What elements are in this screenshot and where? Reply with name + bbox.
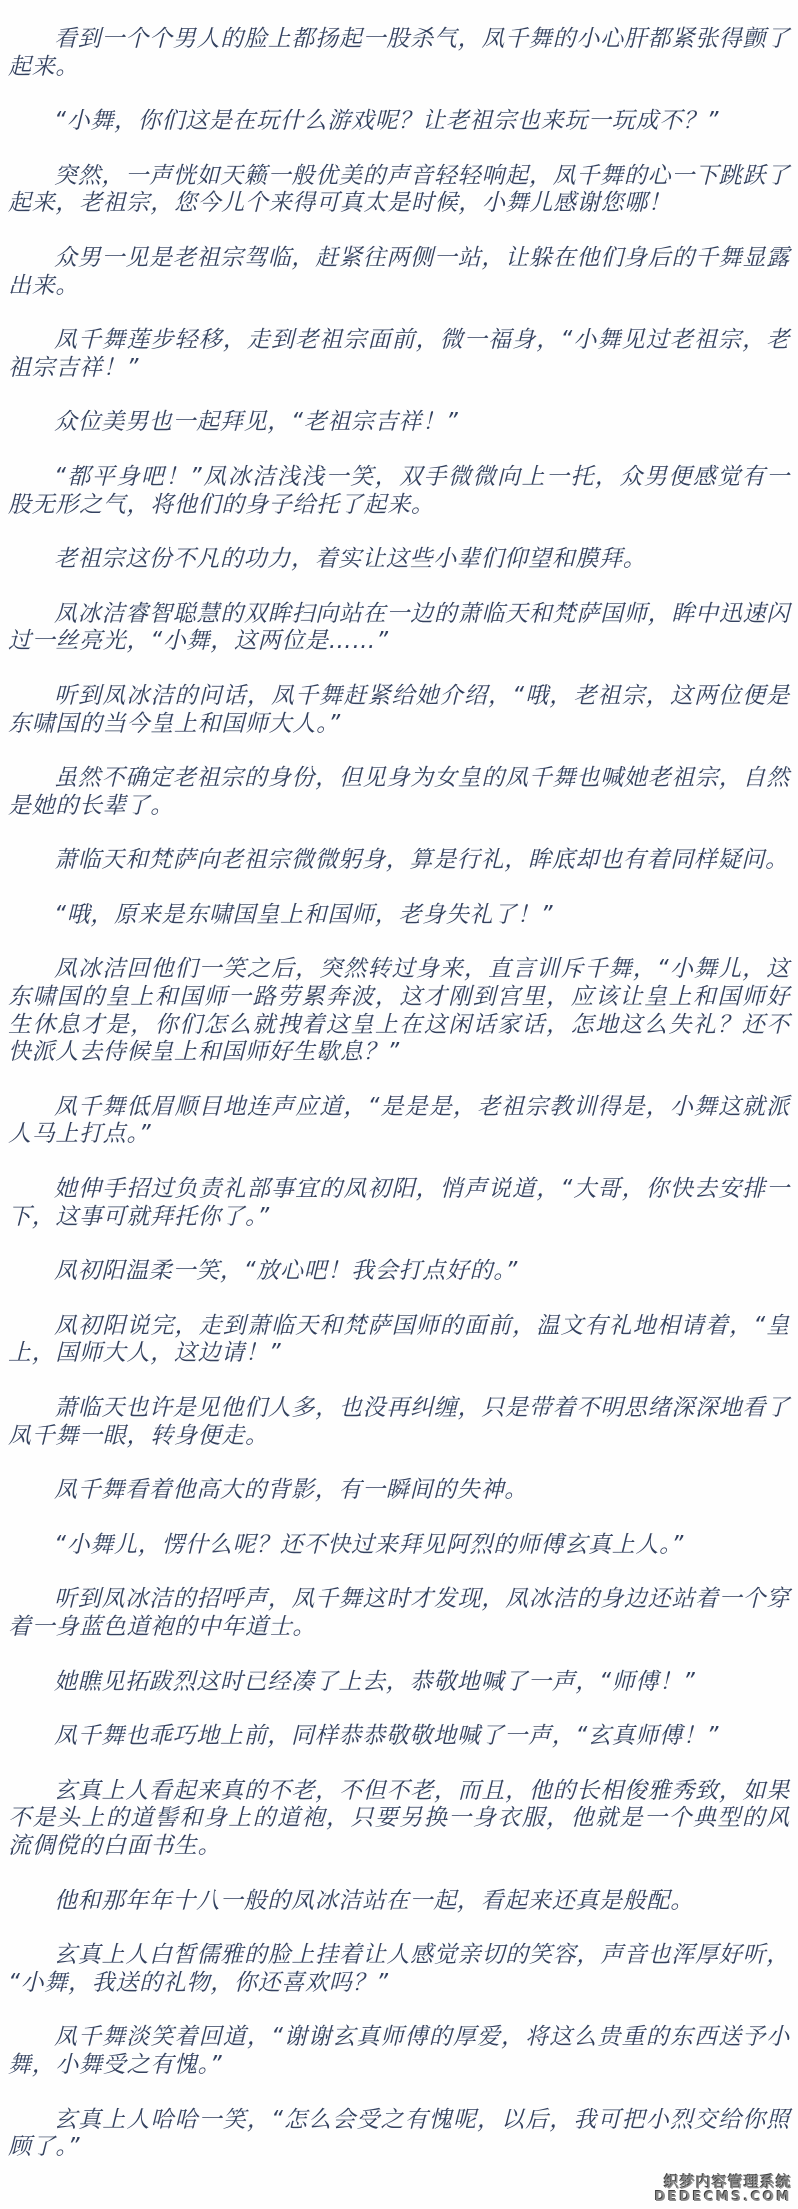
- watermark: 织梦内容管理系统 DEDECMS.COM: [655, 2174, 792, 2205]
- watermark-domain: DEDECMS.COM: [655, 2191, 792, 2205]
- novel-paragraph: 萧临天和梵萨向老祖宗微微躬身，算是行礼，眸底却也有着同样疑问。: [8, 847, 790, 875]
- novel-paragraph: 她伸手招过负责礼部事宜的凤初阳，悄声说道，“大哥，你快去安排一下，这事可就拜托你…: [8, 1176, 790, 1231]
- novel-paragraph: 虽然不确定老祖宗的身份，但见身为女皇的凤千舞也喊她老祖宗，自然是她的长辈了。: [8, 765, 790, 820]
- novel-paragraph: 听到凤冰洁的招呼声，凤千舞这时才发现，凤冰洁的身边还站着一个穿着一身蓝色道袍的中…: [8, 1586, 790, 1641]
- novel-paragraph: “都平身吧！”凤冰洁浅浅一笑，双手微微向上一托，众男便感觉有一股无形之气，将他们…: [8, 464, 790, 519]
- novel-paragraph: 凤千舞看着他高大的背影，有一瞬间的失神。: [8, 1477, 790, 1505]
- novel-paragraph: 突然，一声恍如天籁一般优美的声音轻轻响起，凤千舞的心一下跳跃了起来，老祖宗，您今…: [8, 163, 790, 218]
- novel-paragraph: 众位美男也一起拜见，“老祖宗吉祥！”: [8, 409, 790, 437]
- novel-paragraph: 凤千舞淡笑着回道，“谢谢玄真师傅的厚爱，将这么贵重的东西送予小舞，小舞受之有愧。…: [8, 2024, 790, 2079]
- novel-paragraph: 她瞧见拓跋烈这时已经凑了上去，恭敬地喊了一声，“师傅！”: [8, 1669, 790, 1697]
- novel-text: 看到一个个男人的脸上都扬起一股杀气，凤千舞的小心肝都紧张得颤了起来。“小舞，你们…: [0, 0, 798, 2162]
- novel-paragraph: 看到一个个男人的脸上都扬起一股杀气，凤千舞的小心肝都紧张得颤了起来。: [8, 26, 790, 81]
- novel-paragraph: 萧临天也许是见他们人多，也没再纠缠，只是带着不明思绪深深地看了凤千舞一眼，转身便…: [8, 1395, 790, 1450]
- novel-paragraph: 众男一见是老祖宗驾临，赶紧往两侧一站，让躲在他们身后的千舞显露出来。: [8, 245, 790, 300]
- novel-paragraph: 凤冰洁回他们一笑之后，突然转过身来，直言训斥千舞，“小舞儿，这东啸国的皇上和国师…: [8, 956, 790, 1066]
- novel-paragraph: 玄真上人哈哈一笑，“怎么会受之有愧呢，以后，我可把小烈交给你照顾了。”: [8, 2107, 790, 2162]
- novel-paragraph: 凤千舞也乖巧地上前，同样恭恭敬敬地喊了一声，“玄真师傅！”: [8, 1723, 790, 1751]
- novel-paragraph: 老祖宗这份不凡的功力，着实让这些小辈们仰望和膜拜。: [8, 546, 790, 574]
- novel-paragraph: 玄真上人白皙儒雅的脸上挂着让人感觉亲切的笑容，声音也浑厚好听，“小舞，我送的礼物…: [8, 1942, 790, 1997]
- novel-paragraph: “小舞儿，愣什么呢？还不快过来拜见阿烈的师傅玄真上人。”: [8, 1532, 790, 1560]
- novel-paragraph: 玄真上人看起来真的不老，不但不老，而且，他的长相俊雅秀致，如果不是头上的道髻和身…: [8, 1778, 790, 1861]
- novel-paragraph: “哦，原来是东啸国皇上和国师，老身失礼了！”: [8, 902, 790, 930]
- novel-paragraph: 凤千舞低眉顺目地连声应道，“是是是，老祖宗教训得是，小舞这就派人马上打点。”: [8, 1094, 790, 1149]
- novel-paragraph: 听到凤冰洁的问话，凤千舞赶紧给她介绍，“哦，老祖宗，这两位便是东啸国的当今皇上和…: [8, 683, 790, 738]
- novel-page: 看到一个个男人的脸上都扬起一股杀气，凤千舞的小心肝都紧张得颤了起来。“小舞，你们…: [0, 0, 798, 2209]
- watermark-cms-name: 织梦内容管理系统: [655, 2174, 792, 2191]
- novel-paragraph: “小舞，你们这是在玩什么游戏呢？让老祖宗也来玩一玩成不？”: [8, 108, 790, 136]
- novel-paragraph: 他和那年年十八一般的凤冰洁站在一起，看起来还真是般配。: [8, 1888, 790, 1916]
- novel-paragraph: 凤冰洁睿智聪慧的双眸扫向站在一边的萧临天和梵萨国师，眸中迅速闪过一丝亮光，“小舞…: [8, 601, 790, 656]
- novel-paragraph: 凤初阳说完，走到萧临天和梵萨国师的面前，温文有礼地相请着，“皇上，国师大人，这边…: [8, 1313, 790, 1368]
- novel-paragraph: 凤初阳温柔一笑，“放心吧！我会打点好的。”: [8, 1258, 790, 1286]
- novel-paragraph: 凤千舞莲步轻移，走到老祖宗面前，微一福身，“小舞见过老祖宗，老祖宗吉祥！”: [8, 327, 790, 382]
